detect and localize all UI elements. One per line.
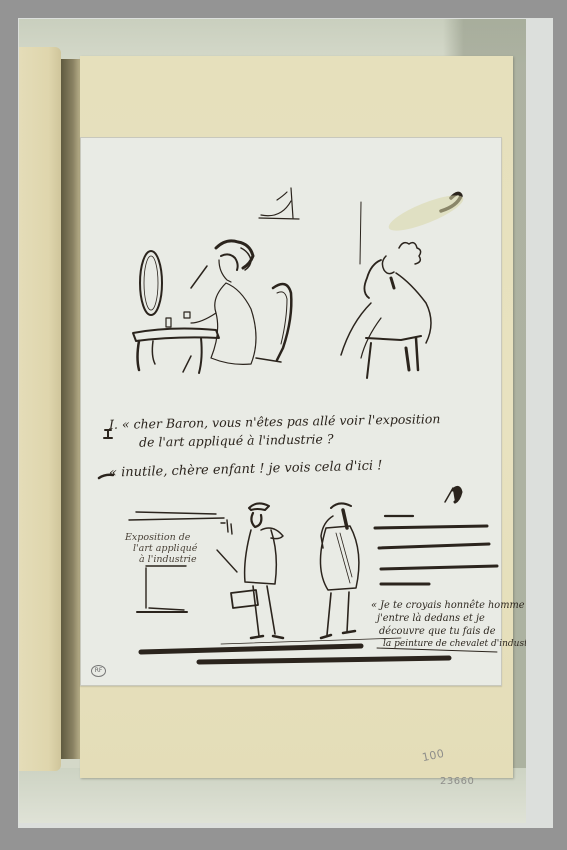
- viewer-frame: 100 23660: [18, 18, 553, 828]
- album-left-page: [19, 47, 61, 771]
- album-gutter: [61, 59, 81, 759]
- side-note-line-4: la peinture de chevalet d'industrie: [383, 639, 526, 649]
- side-note-line-2: j'entre là dedans et je: [377, 613, 485, 624]
- baron-seated-sketch: [341, 243, 431, 378]
- mount-inventory-number: 23660: [440, 776, 474, 787]
- exhibition-sign-line-3: à l'industrie: [139, 554, 197, 565]
- exhibition-sign-line-1: Exposition de: [125, 532, 190, 543]
- struck-through-text: [375, 516, 497, 584]
- drawing-sheet: I. « cher Baron, vous n'êtes pas allé vo…: [80, 137, 502, 686]
- woman-dressing-table-sketch: [133, 241, 291, 373]
- mount-price-annotation: 100: [421, 747, 446, 764]
- collection-stamp: RF: [91, 665, 106, 677]
- exhibition-scene-sketch: [129, 503, 401, 644]
- artwork-photograph: 100 23660: [19, 19, 526, 823]
- exhibition-sign-line-2: l'art appliqué: [133, 543, 197, 554]
- side-note-line-1: « Je te croyais honnête homme: [371, 600, 525, 611]
- side-note-line-3: découvre que tu fais de: [379, 626, 496, 637]
- background-frame-sketch: [259, 188, 361, 264]
